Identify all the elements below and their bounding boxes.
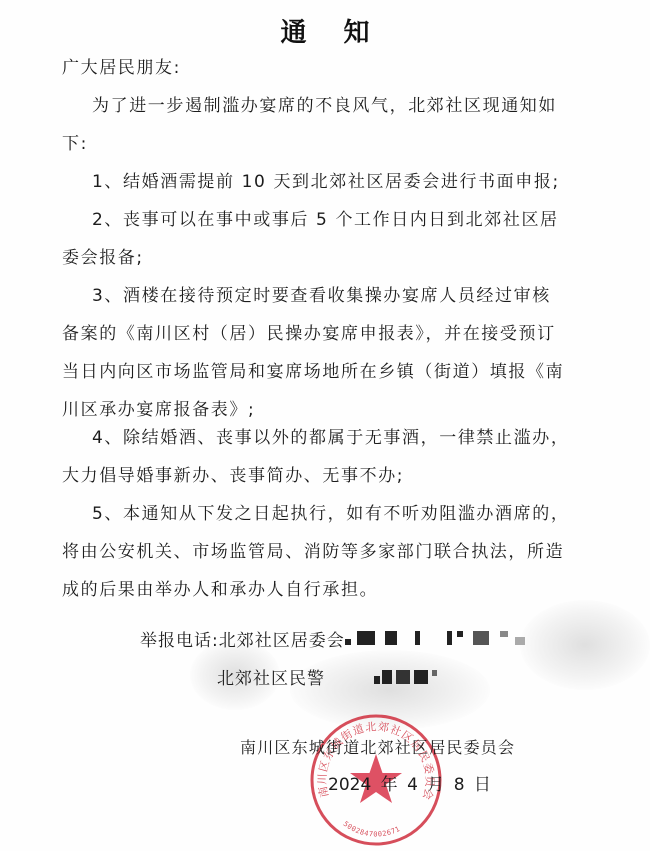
item-2-line-2: 委会报备; [62,243,144,268]
committee-phone-redacted [345,631,525,645]
report-phone-label: 举报电话:北郊社区居委会 [140,626,345,651]
document-title: 通 知 [0,12,650,49]
item-5-line-2: 将由公安机关、市场监管局、消防等多家部门联合执法，所造 [62,537,564,562]
police-phone-redacted [374,670,444,684]
item-4-line-1: 4、除结婚酒、丧事以外的都属于无事酒，一律禁止滥办， [92,423,569,448]
item-2-line-1: 2、丧事可以在事中或事后 5 个工作日内日到北郊社区居 [92,205,559,230]
issuing-organization: 南川区东城街道北郊社区居民委员会 [240,735,515,758]
intro-line-2: 下: [62,129,88,154]
item-1-line-1: 1、结婚酒需提前 10 天到北郊社区居委会进行书面申报; [92,167,560,192]
item-3-line-4: 川区承办宴席报备表》; [62,395,255,420]
item-4-line-2: 大力倡导婚事新办、丧事简办、无事不办; [62,461,404,486]
salutation: 广大居民朋友: [62,53,181,78]
blur-overlay [520,600,650,690]
police-label: 北郊社区民警 [217,664,325,689]
intro-line-1: 为了进一步遏制滥办宴席的不良风气，北郊社区现通知如 [92,91,557,116]
issue-date: 2024 年 4 月 8 日 [328,770,491,795]
item-3-line-1: 3、酒楼在接待预定时要查看收集操办宴席人员经过审核 [92,281,551,306]
svg-text:5002847002671: 5002847002671 [342,820,402,839]
item-5-line-3: 成的后果由举办人和承办人自行承担。 [62,575,378,600]
notice-document: 通 知 广大居民朋友: 为了进一步遏制滥办宴席的不良风气，北郊社区现通知如 下:… [0,0,650,851]
item-3-line-2: 备案的《南川区村（居）民操办宴席申报表》，并在接受预订 [62,319,556,344]
item-5-line-1: 5、本通知从下发之日起执行，如有不听劝阻滥办酒席的， [92,499,569,524]
item-3-line-3: 当日内向区市场监管局和宴席场地所在乡镇（街道）填报《南 [62,357,564,382]
